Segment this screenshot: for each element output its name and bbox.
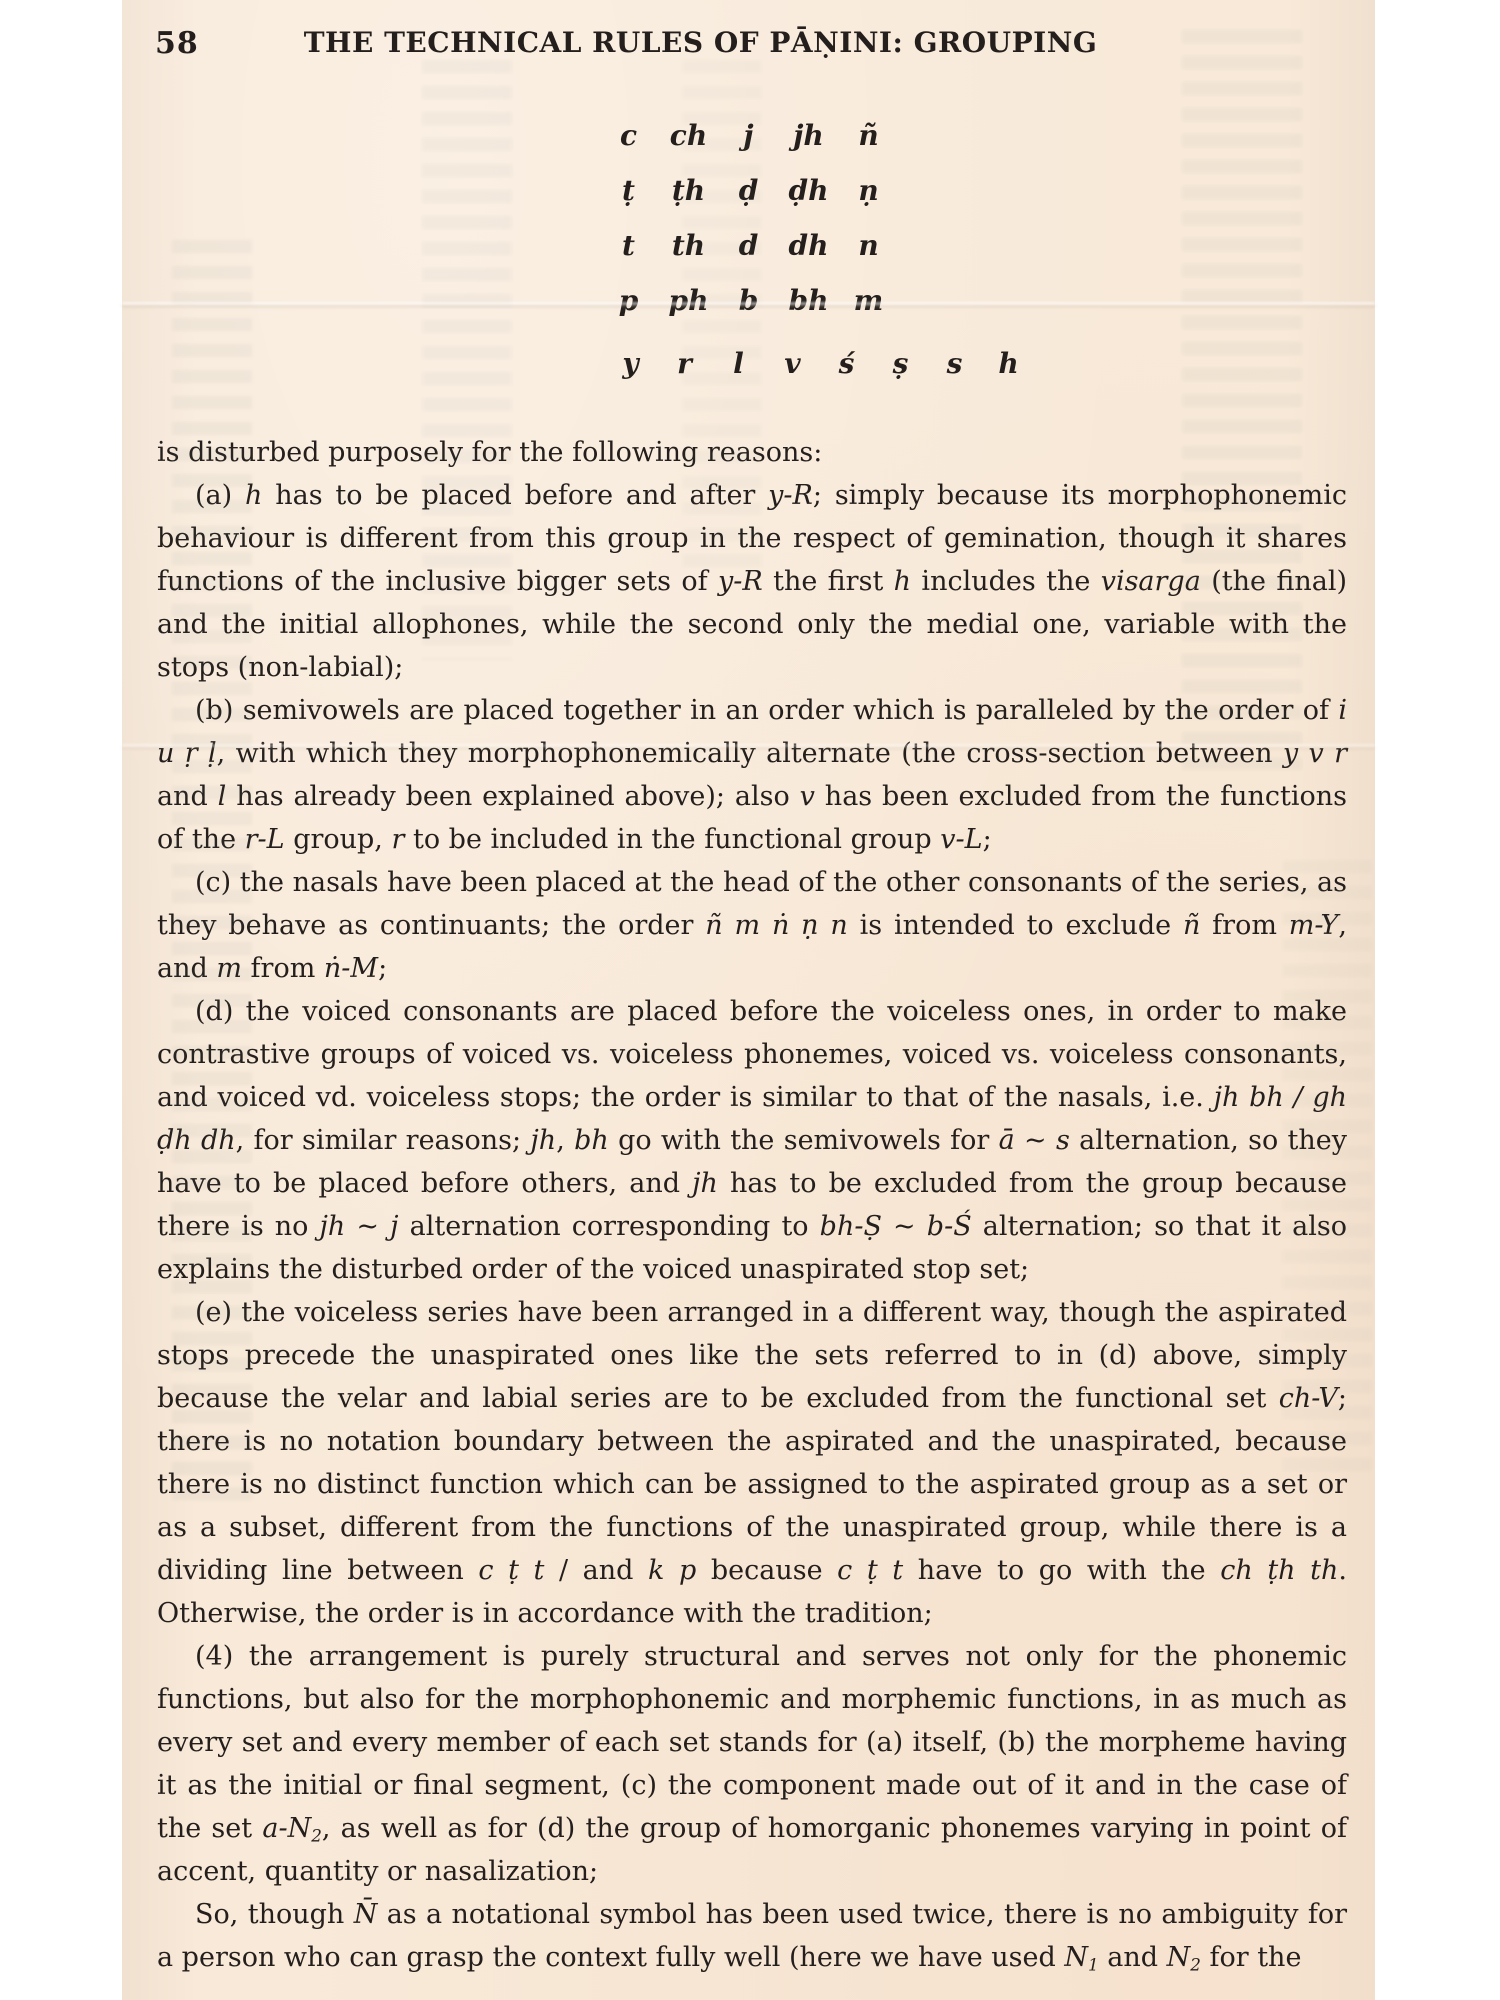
phoneme-cell: ch [659,119,719,152]
phoneme-cell: bh [779,284,839,317]
phoneme-cell: h [982,347,1036,380]
paragraph: (4) the arrangement is purely structural… [157,1635,1347,1893]
phoneme-cell: ṭh [659,174,719,207]
phoneme-cell: y [604,347,658,380]
phoneme-cell: ś [820,347,874,380]
page-header: 58 THE TECHNICAL RULES OF PĀṆINI: GROUPI… [122,0,1375,86]
phoneme-cell: ḍ [719,174,779,207]
phoneme-row: ṭṭhḍḍhṇ [122,163,1375,218]
phoneme-cell: v [766,347,820,380]
phoneme-cell: ḍh [779,174,839,207]
phoneme-row: tthddhn [122,218,1375,273]
phoneme-cell: jh [779,119,839,152]
phoneme-cell: t [599,229,659,262]
running-title: THE TECHNICAL RULES OF PĀṆINI: GROUPING [74,26,1327,59]
phoneme-cell: l [712,347,766,380]
phoneme-row: yrlvśṣsh [193,336,1446,391]
phoneme-cell: j [719,119,779,152]
phoneme-cell: d [719,229,779,262]
phoneme-cell: ṇ [839,174,899,207]
paragraph: So, though N̄ as a notational symbol has… [157,1893,1347,1979]
phoneme-row: pphbbhm [122,273,1375,328]
phoneme-cell: dh [779,229,839,262]
phoneme-cell: m [839,284,899,317]
phoneme-cell: ṭ [599,174,659,207]
body-paragraphs: is disturbed purposely for the following… [122,431,1375,1979]
phoneme-cell: ph [659,284,719,317]
phoneme-cell: r [658,347,712,380]
phoneme-cell: p [599,284,659,317]
phoneme-table: cchjjhñṭṭhḍḍhṇtthddhnpphbbhmyrlvśṣsh [122,108,1375,391]
phoneme-cell: n [839,229,899,262]
paragraph: (a) h has to be placed before and after … [157,474,1347,689]
phoneme-cell: c [599,119,659,152]
page-scan: 58 THE TECHNICAL RULES OF PĀṆINI: GROUPI… [122,0,1375,2000]
paragraph: (b) semivowels are placed together in an… [157,689,1347,861]
phoneme-cell: ṣ [874,347,928,380]
phoneme-cell: b [719,284,779,317]
phoneme-cell: th [659,229,719,262]
phoneme-cell: s [928,347,982,380]
phoneme-row: cchjjhñ [122,108,1375,163]
paragraph: (d) the voiced consonants are placed bef… [157,990,1347,1291]
paragraph: (e) the voiceless series have been arran… [157,1291,1347,1635]
phoneme-cell: ñ [839,119,899,152]
paragraph: (c) the nasals have been placed at the h… [157,861,1347,990]
paragraph: is disturbed purposely for the following… [157,431,1347,474]
